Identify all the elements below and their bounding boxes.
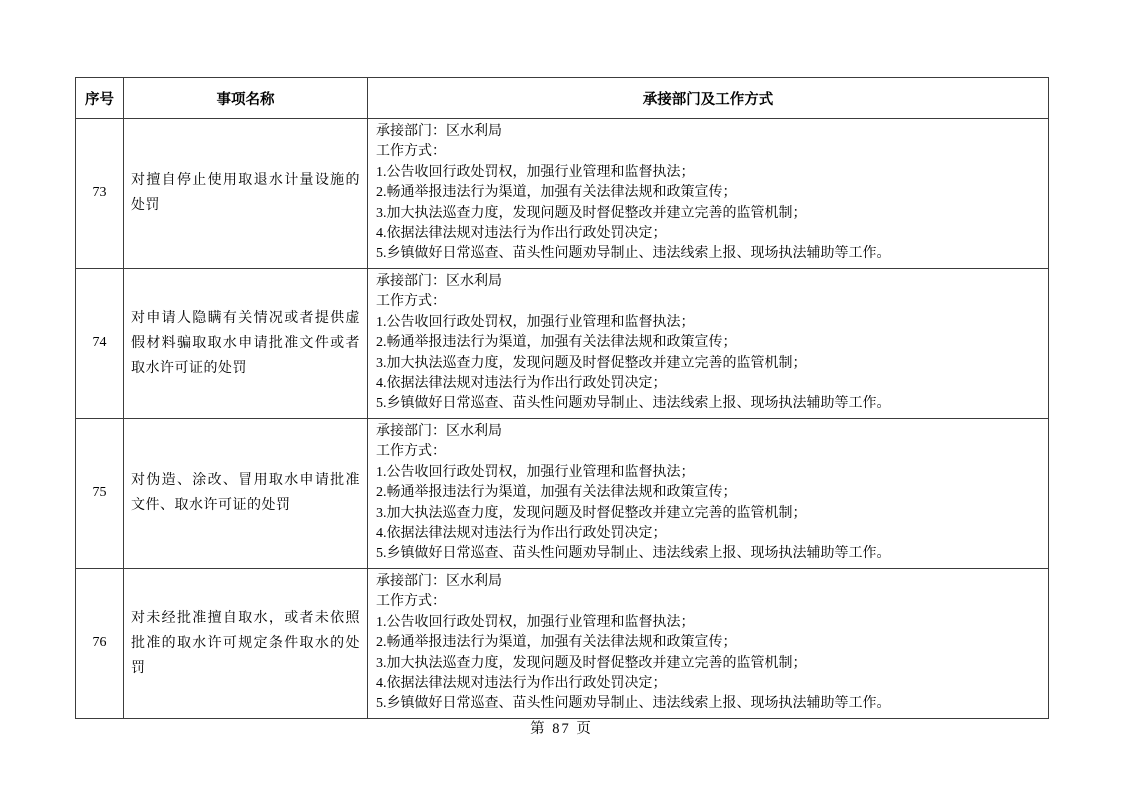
- item-name: 对未经批准擅自取水，或者未依照批准的取水许可规定条件取水的处罚: [124, 568, 368, 718]
- method-line: 4.依据法律法规对违法行为作出行政处罚决定；: [376, 674, 1040, 694]
- table-row: 74 对申请人隐瞒有关情况或者提供虚假材料骗取取水申请批准文件或者取水许可证的处…: [76, 268, 1049, 418]
- department-line: 承接部门：区水利局: [376, 272, 1040, 292]
- row-number: 74: [76, 268, 124, 418]
- detail-cell: 承接部门：区水利局 工作方式： 1.公告收回行政处罚权，加强行业管理和监督执法；…: [368, 268, 1049, 418]
- document-page: 序号 事项名称 承接部门及工作方式 73 对擅自停止使用取退水计量设施的处罚 承…: [0, 0, 1122, 793]
- table-body: 73 对擅自停止使用取退水计量设施的处罚 承接部门：区水利局 工作方式： 1.公…: [76, 119, 1049, 719]
- col-header-name: 事项名称: [124, 78, 368, 119]
- department-line: 承接部门：区水利局: [376, 422, 1040, 442]
- col-header-seq: 序号: [76, 78, 124, 119]
- header-row: 序号 事项名称 承接部门及工作方式: [76, 78, 1049, 119]
- detail-cell: 承接部门：区水利局 工作方式： 1.公告收回行政处罚权，加强行业管理和监督执法；…: [368, 568, 1049, 718]
- row-number: 73: [76, 119, 124, 269]
- table-header: 序号 事项名称 承接部门及工作方式: [76, 78, 1049, 119]
- page-number: 第 87 页: [75, 717, 1048, 738]
- item-name: 对擅自停止使用取退水计量设施的处罚: [124, 119, 368, 269]
- method-line: 3.加大执法巡查力度，发现问题及时督促整改并建立完善的监管机制；: [376, 354, 1040, 374]
- method-line: 5.乡镇做好日常巡查、苗头性问题劝导制止、违法线索上报、现场执法辅助等工作。: [376, 544, 1040, 564]
- method-header-line: 工作方式：: [376, 592, 1040, 612]
- method-line: 5.乡镇做好日常巡查、苗头性问题劝导制止、违法线索上报、现场执法辅助等工作。: [376, 694, 1040, 714]
- method-line: 5.乡镇做好日常巡查、苗头性问题劝导制止、违法线索上报、现场执法辅助等工作。: [376, 394, 1040, 414]
- detail-cell: 承接部门：区水利局 工作方式： 1.公告收回行政处罚权，加强行业管理和监督执法；…: [368, 119, 1049, 269]
- department-line: 承接部门：区水利局: [376, 122, 1040, 142]
- method-line: 2.畅通举报违法行为渠道，加强有关法律法规和政策宣传；: [376, 333, 1040, 353]
- col-header-detail: 承接部门及工作方式: [368, 78, 1049, 119]
- method-line: 4.依据法律法规对违法行为作出行政处罚决定；: [376, 524, 1040, 544]
- table-row: 75 对伪造、涂改、冒用取水申请批准文件、取水许可证的处罚 承接部门：区水利局 …: [76, 418, 1049, 568]
- method-line: 3.加大执法巡查力度，发现问题及时督促整改并建立完善的监管机制；: [376, 654, 1040, 674]
- method-line: 5.乡镇做好日常巡查、苗头性问题劝导制止、违法线索上报、现场执法辅助等工作。: [376, 244, 1040, 264]
- items-table: 序号 事项名称 承接部门及工作方式 73 对擅自停止使用取退水计量设施的处罚 承…: [75, 77, 1049, 719]
- method-line: 1.公告收回行政处罚权，加强行业管理和监督执法；: [376, 163, 1040, 183]
- method-line: 2.畅通举报违法行为渠道，加强有关法律法规和政策宣传；: [376, 633, 1040, 653]
- method-line: 3.加大执法巡查力度，发现问题及时督促整改并建立完善的监管机制；: [376, 204, 1040, 224]
- method-line: 4.依据法律法规对违法行为作出行政处罚决定；: [376, 374, 1040, 394]
- method-header-line: 工作方式：: [376, 292, 1040, 312]
- item-name: 对申请人隐瞒有关情况或者提供虚假材料骗取取水申请批准文件或者取水许可证的处罚: [124, 268, 368, 418]
- item-name: 对伪造、涂改、冒用取水申请批准文件、取水许可证的处罚: [124, 418, 368, 568]
- table-row: 73 对擅自停止使用取退水计量设施的处罚 承接部门：区水利局 工作方式： 1.公…: [76, 119, 1049, 269]
- row-number: 75: [76, 418, 124, 568]
- detail-cell: 承接部门：区水利局 工作方式： 1.公告收回行政处罚权，加强行业管理和监督执法；…: [368, 418, 1049, 568]
- method-line: 1.公告收回行政处罚权，加强行业管理和监督执法；: [376, 463, 1040, 483]
- method-header-line: 工作方式：: [376, 142, 1040, 162]
- method-line: 4.依据法律法规对违法行为作出行政处罚决定；: [376, 224, 1040, 244]
- method-line: 3.加大执法巡查力度，发现问题及时督促整改并建立完善的监管机制；: [376, 504, 1040, 524]
- method-header-line: 工作方式：: [376, 442, 1040, 462]
- method-line: 2.畅通举报违法行为渠道，加强有关法律法规和政策宣传；: [376, 483, 1040, 503]
- method-line: 1.公告收回行政处罚权，加强行业管理和监督执法；: [376, 613, 1040, 633]
- department-line: 承接部门：区水利局: [376, 572, 1040, 592]
- table-row: 76 对未经批准擅自取水，或者未依照批准的取水许可规定条件取水的处罚 承接部门：…: [76, 568, 1049, 718]
- method-line: 2.畅通举报违法行为渠道，加强有关法律法规和政策宣传；: [376, 183, 1040, 203]
- method-line: 1.公告收回行政处罚权，加强行业管理和监督执法；: [376, 313, 1040, 333]
- row-number: 76: [76, 568, 124, 718]
